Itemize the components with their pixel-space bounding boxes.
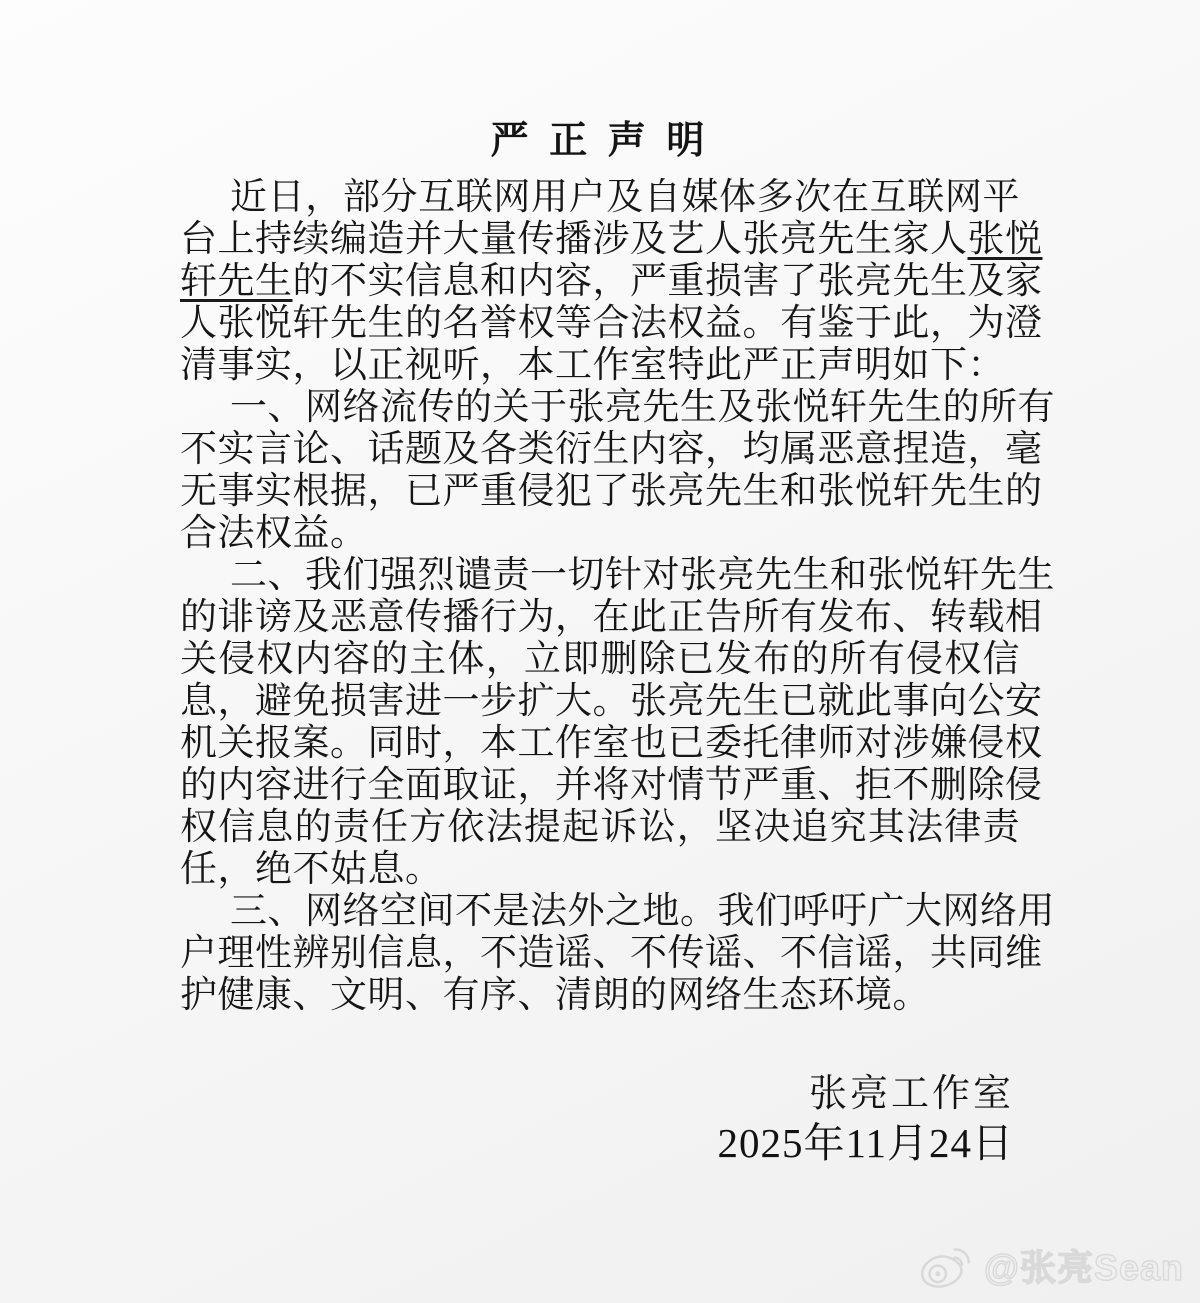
signature: 张亮工作室 xyxy=(180,1070,1014,1118)
statement-line: 合法权益。 xyxy=(180,512,1020,554)
underlined-name: 轩先生 xyxy=(180,260,293,301)
weibo-watermark: @张亮Sean xyxy=(915,1242,1184,1294)
statement-line: 户理性辨别信息，不造谣、不传谣、不信谣，共同维 xyxy=(180,932,1020,974)
statement-line: 近日，部分互联网用户及自媒体多次在互联网平 xyxy=(180,176,1020,218)
statement-line: 清事实，以正视听，本工作室特此严正声明如下： xyxy=(180,344,1020,386)
statement-line: 息，避免损害进一步扩大。张亮先生已就此事向公安 xyxy=(180,680,1020,722)
statement-line: 三、网络空间不是法外之地。我们呼吁广大网络用 xyxy=(180,890,1020,932)
statement-line: 一、网络流传的关于张亮先生及张悦轩先生的所有 xyxy=(180,386,1020,428)
statement-line: 无事实根据，已严重侵犯了张亮先生和张悦轩先生的 xyxy=(180,470,1020,512)
statement-body: 近日，部分互联网用户及自媒体多次在互联网平台上持续编造并大量传播涉及艺人张亮先生… xyxy=(180,176,1020,1016)
weibo-logo-icon xyxy=(915,1243,975,1293)
statement-line: 不实言论、话题及各类衍生内容，均属恶意捏造，毫 xyxy=(180,428,1020,470)
underlined-name: 张悦 xyxy=(968,218,1043,259)
statement-line: 二、我们强烈谴责一切针对张亮先生和张悦轩先生 xyxy=(180,554,1020,596)
document-page: 严 正 声 明 近日，部分互联网用户及自媒体多次在互联网平台上持续编造并大量传播… xyxy=(0,0,1200,1303)
statement-line: 台上持续编造并大量传播涉及艺人张亮先生家人张悦 xyxy=(180,218,1020,260)
signature-block: 张亮工作室 2025年11月24日 xyxy=(180,1070,1020,1168)
statement-line: 关侵权内容的主体，立即删除已发布的所有侵权信 xyxy=(180,638,1020,680)
statement-line: 的诽谤及恶意传播行为，在此正告所有发布、转载相 xyxy=(180,596,1020,638)
statement-line: 任，绝不姑息。 xyxy=(180,848,1020,890)
statement-line: 的内容进行全面取证，并将对情节严重、拒不删除侵 xyxy=(180,764,1020,806)
statement-title: 严 正 声 明 xyxy=(180,118,1020,164)
statement-line: 人张悦轩先生的名誉权等合法权益。有鉴于此，为澄 xyxy=(180,302,1020,344)
watermark-handle: @张亮Sean xyxy=(984,1242,1184,1294)
statement-line: 权信息的责任方依法提起诉讼，坚决追究其法律责 xyxy=(180,806,1020,848)
statement-document: 严 正 声 明 近日，部分互联网用户及自媒体多次在互联网平台上持续编造并大量传播… xyxy=(180,0,1020,1168)
statement-line: 轩先生的不实信息和内容，严重损害了张亮先生及家 xyxy=(180,260,1020,302)
statement-date: 2025年11月24日 xyxy=(180,1118,1014,1168)
statement-line: 机关报案。同时，本工作室也已委托律师对涉嫌侵权 xyxy=(180,722,1020,764)
statement-line: 护健康、文明、有序、清朗的网络生态环境。 xyxy=(180,974,1020,1016)
